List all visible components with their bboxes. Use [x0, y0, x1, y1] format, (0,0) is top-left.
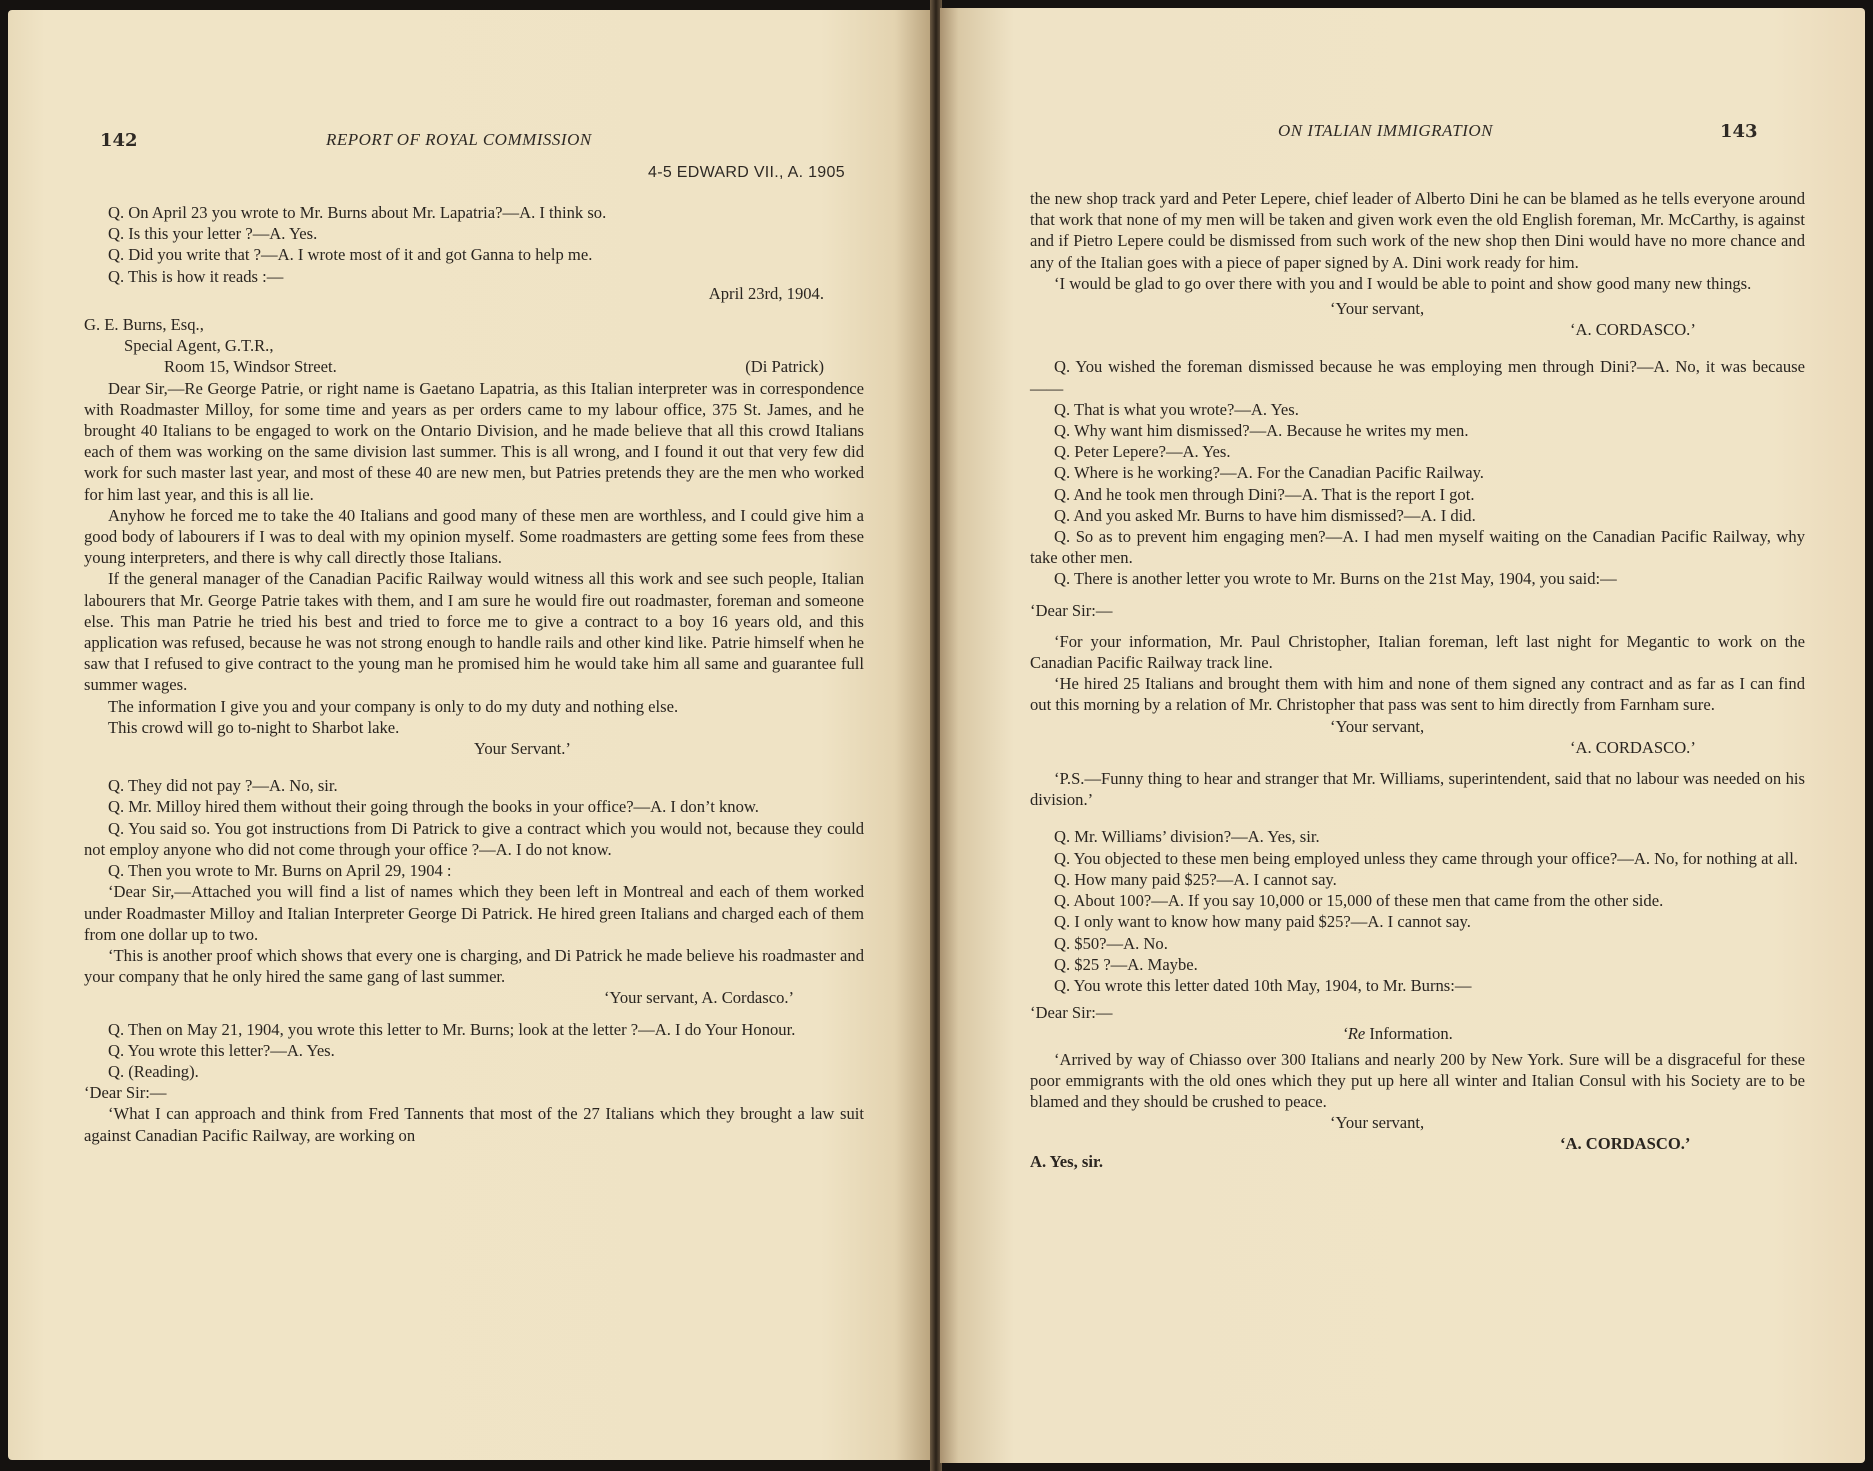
letter-closing: ‘Your servant,	[1030, 298, 1805, 319]
letter-annotation: (Di Patrick)	[745, 356, 864, 377]
qa-line: Q. Did you write that ?—A. I wrote most …	[84, 244, 864, 265]
qa-line: Q. Then you wrote to Mr. Burns on April …	[84, 860, 864, 881]
letter-closing: ‘Your servant,	[1030, 716, 1805, 737]
left-page: 142 REPORT OF ROYAL COMMISSION 4-5 EDWAR…	[8, 10, 932, 1460]
qa-line: Q. On April 23 you wrote to Mr. Burns ab…	[84, 202, 864, 223]
letter-paragraph: ‘This is another proof which shows that …	[84, 945, 864, 987]
letter-address-row: Room 15, Windsor Street. (Di Patrick)	[84, 356, 864, 377]
qa-line: Q. You objected to these men being emplo…	[1030, 848, 1805, 869]
qa-line: Q. (Reading).	[84, 1061, 864, 1082]
qa-line: Q. About 100?—A. If you say 10,000 or 15…	[1030, 890, 1805, 911]
letter-address-line: Room 15, Windsor Street.	[164, 356, 337, 377]
letter-salutation: ‘Dear Sir:—	[1030, 600, 1805, 621]
letter-postscript: ‘P.S.—Funny thing to hear and stranger t…	[1030, 768, 1805, 810]
letter-paragraph: This crowd will go to-night to Sharbot l…	[84, 717, 864, 738]
session-tag: 4-5 EDWARD VII., A. 1905	[648, 164, 845, 182]
qa-line: Q. You wrote this letter?—A. Yes.	[84, 1040, 864, 1061]
letter-subject: ‘Re Information.	[1030, 1023, 1805, 1044]
qa-line: Q. Mr. Williams’ division?—A. Yes, sir.	[1030, 826, 1805, 847]
running-head-right: ON ITALIAN IMMIGRATION	[1278, 121, 1493, 141]
page-number-right: 143	[1720, 121, 1758, 142]
letter-paragraph: Dear Sir,—Re George Patrie, or right nam…	[84, 378, 864, 505]
qa-line: Q. They did not pay ?—A. No, sir.	[84, 775, 864, 796]
qa-line: Q. I only want to know how many paid $25…	[1030, 911, 1805, 932]
running-head-left: REPORT OF ROYAL COMMISSION	[326, 130, 592, 150]
letter-salutation: ‘Dear Sir:—	[84, 1082, 864, 1103]
letter-paragraph: Anyhow he forced me to take the 40 Itali…	[84, 505, 864, 569]
qa-line: Q. Where is he working?—A. For the Canad…	[1030, 462, 1805, 483]
letter-subject-text: Information.	[1365, 1024, 1453, 1043]
letter-paragraph: If the general manager of the Canadian P…	[84, 568, 864, 695]
letter-paragraph: ‘Arrived by way of Chiasso over 300 Ital…	[1030, 1049, 1805, 1113]
left-page-body: Q. On April 23 you wrote to Mr. Burns ab…	[84, 202, 864, 1146]
page-number-left: 142	[100, 130, 138, 151]
qa-line: Q. You wished the foreman dismissed beca…	[1030, 356, 1805, 398]
qa-line: Q. Peter Lepere?—A. Yes.	[1030, 441, 1805, 462]
letter-closing: Your Servant.’	[84, 738, 864, 759]
qa-line: Q. There is another letter you wrote to …	[1030, 568, 1805, 589]
letter-paragraph: the new shop track yard and Peter Lepere…	[1030, 188, 1805, 273]
qa-line: Q. Why want him dismissed?—A. Because he…	[1030, 420, 1805, 441]
letter-paragraph: ‘He hired 25 Italians and brought them w…	[1030, 673, 1805, 715]
letter-closing: ‘Your servant,	[1030, 1112, 1805, 1133]
qa-line: Q. $50?—A. No.	[1030, 933, 1805, 954]
qa-line: Q. You said so. You got instructions fro…	[84, 818, 864, 860]
qa-line: Q. How many paid $25?—A. I cannot say.	[1030, 869, 1805, 890]
letter-address-line: G. E. Burns, Esq.,	[84, 314, 864, 335]
letter-paragraph: ‘Dear Sir,—Attached you will find a list…	[84, 881, 864, 945]
right-page-body: the new shop track yard and Peter Lepere…	[1030, 188, 1805, 1172]
qa-line: Q. And he took men through Dini?—A. That…	[1030, 484, 1805, 505]
right-page: ON ITALIAN IMMIGRATION 143 the new shop …	[940, 8, 1865, 1463]
qa-line: Q. That is what you wrote?—A. Yes.	[1030, 399, 1805, 420]
qa-line: Q. So as to prevent him engaging men?—A.…	[1030, 526, 1805, 568]
letter-signature: ‘A. CORDASCO.’	[1030, 737, 1805, 758]
qa-line: Q. Then on May 21, 1904, you wrote this …	[84, 1019, 864, 1040]
letter-paragraph: The information I give you and your comp…	[84, 696, 864, 717]
letter-paragraph: ‘I would be glad to go over there with y…	[1030, 273, 1805, 294]
letter-closing: ‘Your servant, A. Cordasco.’	[84, 987, 864, 1008]
letter-subject-prefix: ‘Re	[1342, 1024, 1365, 1043]
letter-salutation: ‘Dear Sir:—	[1030, 1002, 1805, 1023]
qa-line: Q. You wrote this letter dated 10th May,…	[1030, 975, 1805, 996]
letter-signature: ‘A. CORDASCO.’	[1030, 319, 1805, 340]
letter-paragraph: ‘For your information, Mr. Paul Christop…	[1030, 631, 1805, 673]
qa-line: Q. $25 ?—A. Maybe.	[1030, 954, 1805, 975]
letter-address-line: Special Agent, G.T.R.,	[84, 335, 864, 356]
book-spread: 142 REPORT OF ROYAL COMMISSION 4-5 EDWAR…	[0, 0, 1873, 1471]
letter-paragraph: ‘What I can approach and think from Fred…	[84, 1103, 864, 1145]
qa-line: Q. Is this your letter ?—A. Yes.	[84, 223, 864, 244]
qa-line: Q. And you asked Mr. Burns to have him d…	[1030, 505, 1805, 526]
qa-line: Q. Mr. Milloy hired them without their g…	[84, 796, 864, 817]
